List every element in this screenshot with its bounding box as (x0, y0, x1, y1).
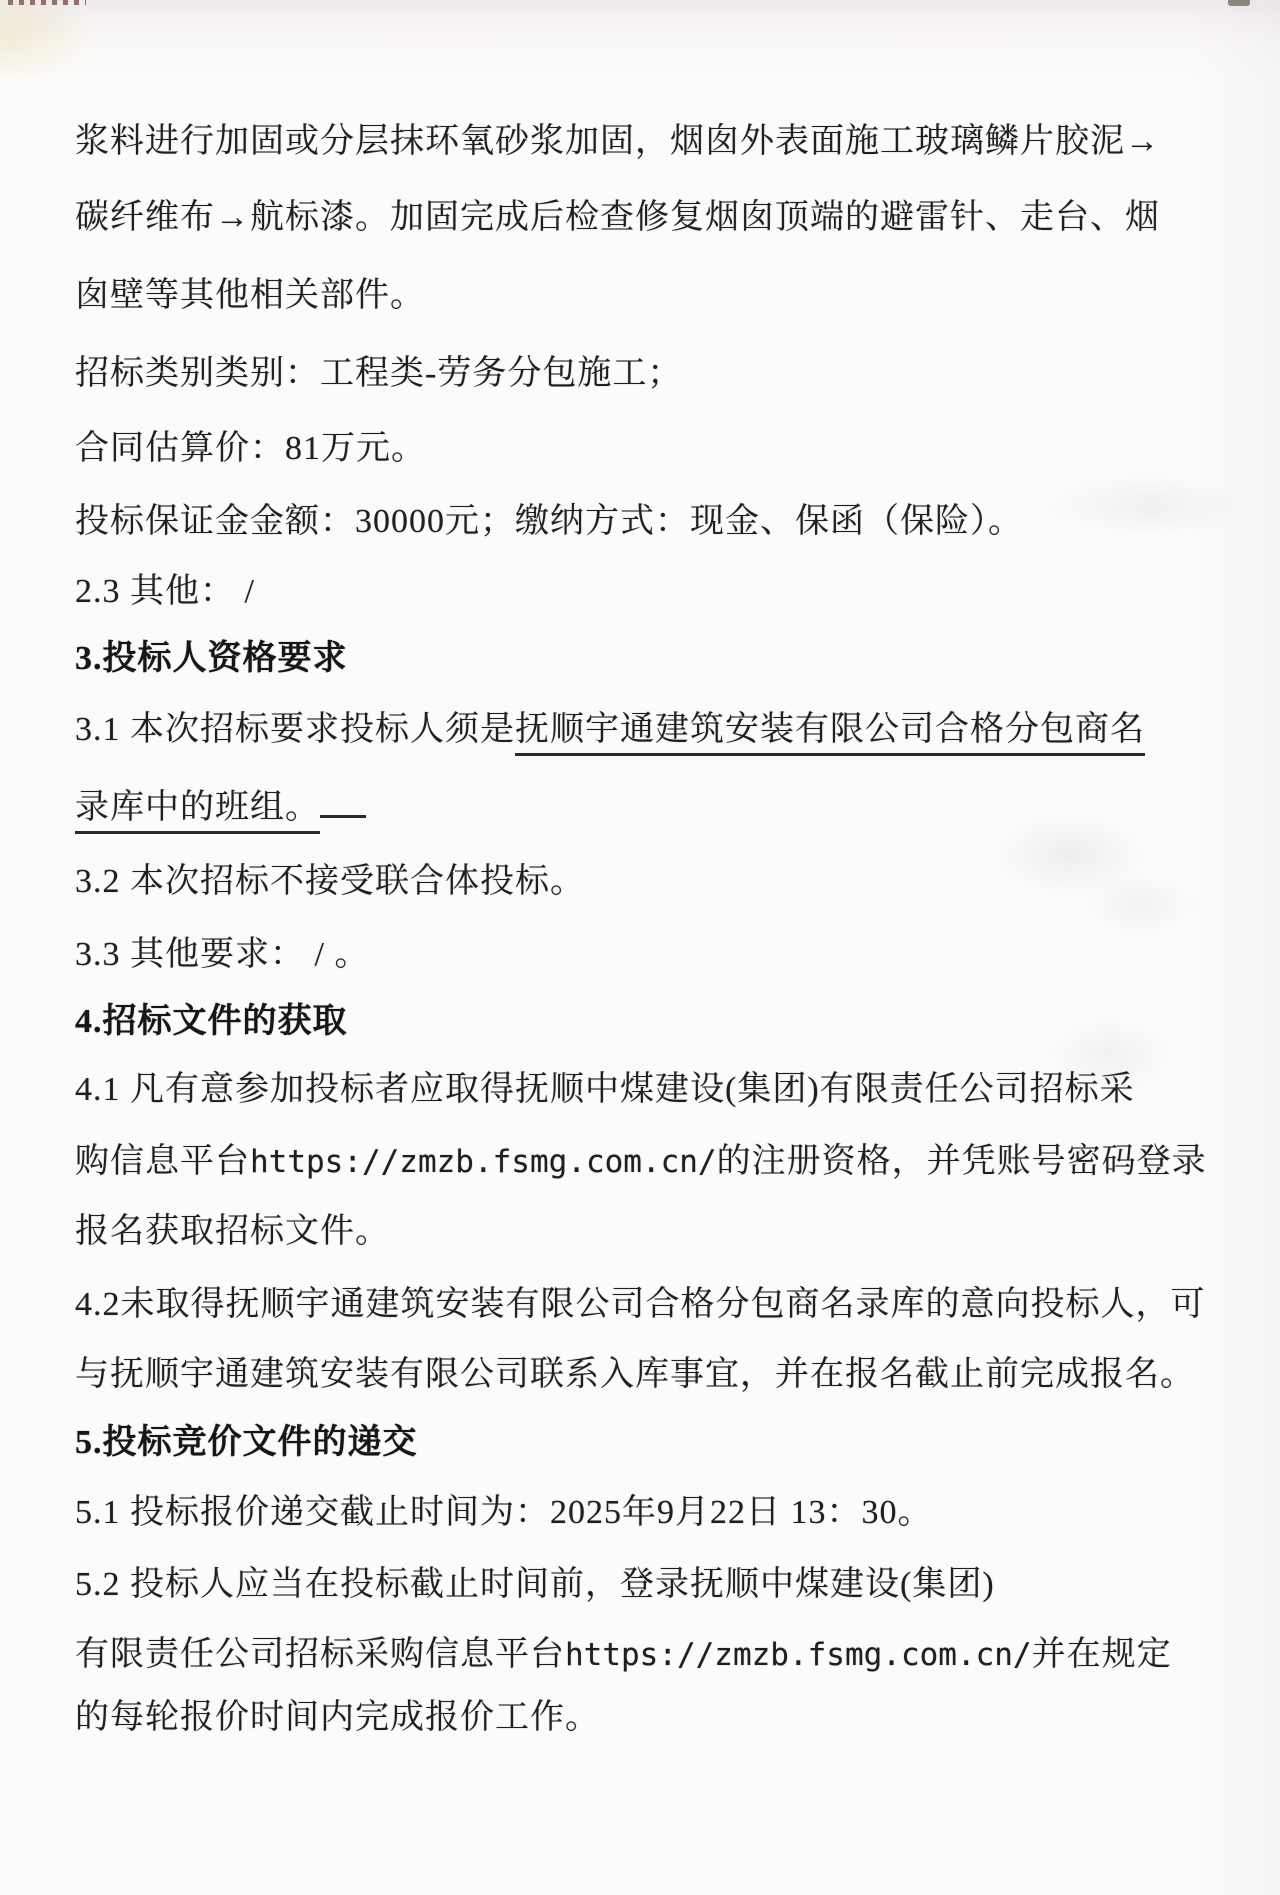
line-text: 有限责任公司招标采购信息平台 (75, 1636, 565, 1673)
doc-line-other-2-3: 2.3 其他： / (75, 570, 255, 614)
doc-line-3-1: 3.1 本次招标要求投标人须是抚顺宇通建筑安装有限公司合格分包商名 (75, 708, 1145, 752)
doc-line-4-2-continued: 与抚顺宇通建筑安装有限公司联系入库事宜，并在报名截止前完成报名。 (75, 1353, 1195, 1397)
platform-url: https://zmzb.fsmg.com.cn/ (250, 1144, 717, 1180)
line-text: 购信息平台 (75, 1143, 250, 1180)
platform-url: https://zmzb.fsmg.com.cn/ (565, 1637, 1032, 1673)
doc-line-3-2: 3.2 本次招标不接受联合体投标。 (75, 860, 585, 904)
underlined-text: 录库中的班组。 (75, 789, 320, 834)
doc-line: 囱壁等其他相关部件。 (75, 274, 425, 318)
doc-line: 的每轮报价时间内完成报价工作。 (75, 1696, 600, 1740)
doc-line-5-2: 5.2 投标人应当在投标截止时间前，登录抚顺中煤建设(集团) (75, 1563, 995, 1607)
doc-line-4-2: 4.2未取得抚顺宇通建筑安装有限公司合格分包商名录库的意向投标人，可 (75, 1283, 1206, 1327)
doc-line-4-1: 4.1 凡有意参加投标者应取得抚顺中煤建设(集团)有限责任公司招标采 (75, 1068, 1135, 1112)
line-text: 的注册资格，并凭账号密码登录 (717, 1143, 1207, 1180)
doc-line-4-1-continued: 购信息平台https://zmzb.fsmg.com.cn/的注册资格，并凭账号… (75, 1140, 1207, 1184)
document-body: 浆料进行加固或分层抹环氧砂浆加固，烟囱外表面施工玻璃鳞片胶泥→ 碳纤维布→航标漆… (0, 0, 1280, 1895)
doc-line-3-3: 3.3 其他要求： / 。 (75, 933, 369, 977)
doc-line-contract-estimate: 合同估算价：81万元。 (75, 427, 426, 471)
underline-extension (320, 810, 366, 818)
line-text: 并在规定 (1032, 1636, 1172, 1673)
section-heading-4: 4.招标文件的获取 (75, 1000, 348, 1044)
scanned-document-page: 浆料进行加固或分层抹环氧砂浆加固，烟囱外表面施工玻璃鳞片胶泥→ 碳纤维布→航标漆… (0, 0, 1280, 1895)
section-heading-5: 5.投标竞价文件的递交 (75, 1421, 418, 1465)
doc-line-tender-category: 招标类别类别：工程类-劳务分包施工； (75, 352, 682, 396)
doc-line: 报名获取招标文件。 (75, 1210, 390, 1254)
doc-line-3-1-continued: 录库中的班组。 (75, 786, 366, 830)
doc-line-bid-security: 投标保证金金额：30000元；缴纳方式：现金、保函（保险）。 (75, 500, 1023, 544)
doc-line-5-1-deadline: 5.1 投标报价递交截止时间为：2025年9月22日 13：30。 (75, 1491, 933, 1535)
line-text: 3.1 本次招标要求投标人须是 (75, 711, 515, 748)
section-heading-3: 3.投标人资格要求 (75, 637, 348, 681)
underlined-company-name: 抚顺宇通建筑安装有限公司合格分包商名 (515, 711, 1145, 756)
doc-line: 浆料进行加固或分层抹环氧砂浆加固，烟囱外表面施工玻璃鳞片胶泥→ (75, 120, 1160, 164)
doc-line: 碳纤维布→航标漆。加固完成后检查修复烟囱顶端的避雷针、走台、烟 (75, 196, 1160, 240)
doc-line-5-2-continued: 有限责任公司招标采购信息平台https://zmzb.fsmg.com.cn/并… (75, 1633, 1172, 1677)
